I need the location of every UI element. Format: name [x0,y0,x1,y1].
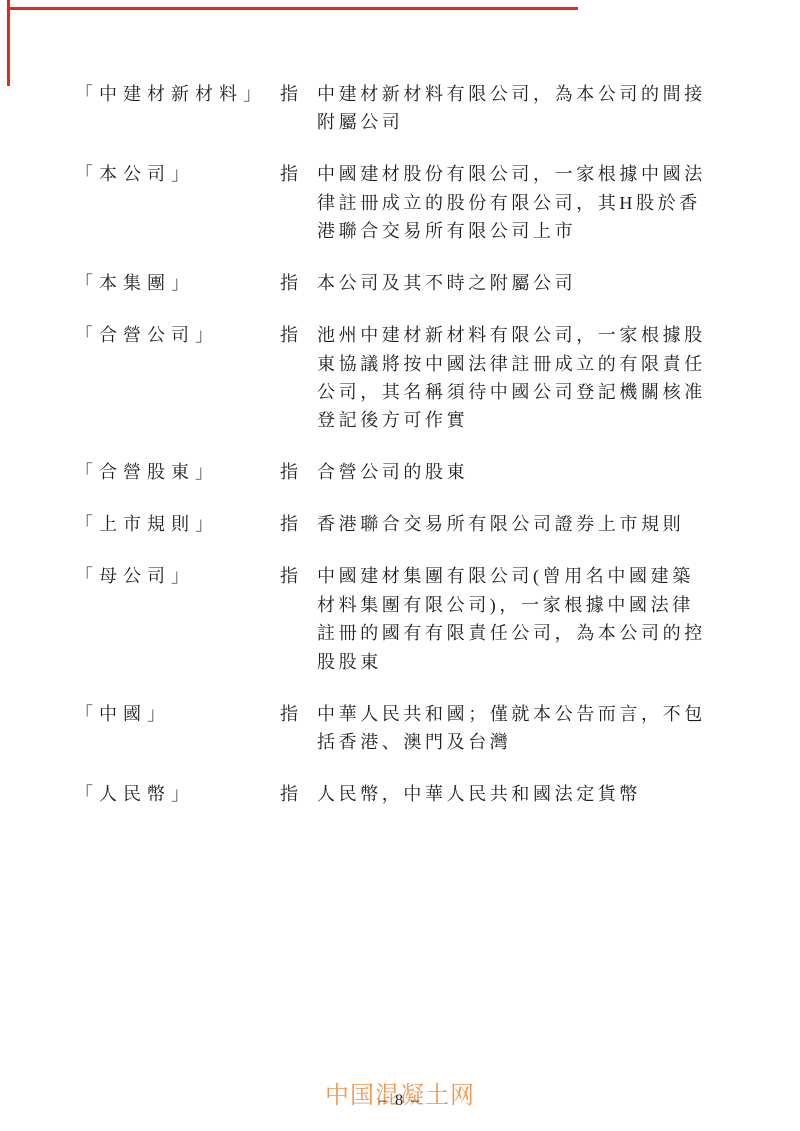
connector-label: 指 [280,269,298,297]
definition-line: 中建材新材料有限公司，為本公司的間接 [317,80,737,108]
definition-line: 合營公司的股東 [317,458,737,486]
definition-line: 材料集團有限公司)，一家根據中國法律 [317,591,737,619]
connector-label: 指 [280,458,298,486]
definition-text: 中華人民共和國；僅就本公告而言，不包 括香港、澳門及台灣 [317,700,737,757]
definition-text: 中國建材集團有限公司(曾用名中國建築 材料集團有限公司)，一家根據中國法律 註冊… [317,562,737,676]
definition-line: 港聯合交易所有限公司上市 [317,217,737,245]
definitions-section: 「中建材新材料」 指 中建材新材料有限公司，為本公司的間接 附屬公司 「本公司」… [0,80,800,832]
term-label: 「中國」 [75,700,171,728]
term-label: 「上市規則」 [75,510,219,538]
definition-line: 東協議將按中國法律註冊成立的有限責任 [317,350,737,378]
definition-text: 人民幣，中華人民共和國法定貨幣 [317,780,737,808]
red-border-horizontal-line [7,7,578,10]
definition-row: 「合營公司」 指 池州中建材新材料有限公司，一家根據股 東協議將按中國法律註冊成… [0,321,800,435]
term-label: 「人民幣」 [75,780,195,808]
definition-line: 中國建材集團有限公司(曾用名中國建築 [317,562,737,590]
term-label: 「合營股東」 [75,458,219,486]
definition-text: 合營公司的股東 [317,458,737,486]
definition-row: 「中建材新材料」 指 中建材新材料有限公司，為本公司的間接 附屬公司 [0,80,800,137]
page-number: – 8 – [0,1092,800,1110]
definition-line: 股股東 [317,648,737,676]
definition-text: 中國建材股份有限公司，一家根據中國法 律註冊成立的股份有限公司，其H股於香 港聯… [317,160,737,245]
definition-line: 人民幣，中華人民共和國法定貨幣 [317,780,737,808]
definition-row: 「本集團」 指 本公司及其不時之附屬公司 [0,269,800,297]
connector-label: 指 [280,700,298,728]
definition-text: 中建材新材料有限公司，為本公司的間接 附屬公司 [317,80,737,137]
definition-line: 公司，其名稱須待中國公司登記機關核准 [317,378,737,406]
term-label: 「母公司」 [75,562,195,590]
definition-line: 中華人民共和國；僅就本公告而言，不包 [317,700,737,728]
red-border-vertical-line [7,0,10,86]
definition-line: 本公司及其不時之附屬公司 [317,269,737,297]
definition-row: 「本公司」 指 中國建材股份有限公司，一家根據中國法 律註冊成立的股份有限公司，… [0,160,800,245]
definition-row: 「合營股東」 指 合營公司的股東 [0,458,800,486]
connector-label: 指 [280,321,298,349]
definition-row: 「上市規則」 指 香港聯合交易所有限公司證券上市規則 [0,510,800,538]
definition-line: 律註冊成立的股份有限公司，其H股於香 [317,189,737,217]
connector-label: 指 [280,562,298,590]
definition-row: 「人民幣」 指 人民幣，中華人民共和國法定貨幣 [0,780,800,808]
definition-text: 池州中建材新材料有限公司，一家根據股 東協議將按中國法律註冊成立的有限責任 公司… [317,321,737,435]
definition-text: 本公司及其不時之附屬公司 [317,269,737,297]
definition-line: 池州中建材新材料有限公司，一家根據股 [317,321,737,349]
term-label: 「本集團」 [75,269,195,297]
term-label: 「本公司」 [75,160,195,188]
definition-text: 香港聯合交易所有限公司證券上市規則 [317,510,737,538]
definition-line: 登記後方可作實 [317,406,737,434]
definition-row: 「中國」 指 中華人民共和國；僅就本公告而言，不包 括香港、澳門及台灣 [0,700,800,757]
definition-line: 香港聯合交易所有限公司證券上市規則 [317,510,737,538]
definition-line: 括香港、澳門及台灣 [317,728,737,756]
term-label: 「中建材新材料」 [75,80,267,108]
definition-line: 註冊的國有有限責任公司，為本公司的控 [317,619,737,647]
definition-row: 「母公司」 指 中國建材集團有限公司(曾用名中國建築 材料集團有限公司)，一家根… [0,562,800,676]
term-label: 「合營公司」 [75,321,219,349]
connector-label: 指 [280,780,298,808]
definition-line: 中國建材股份有限公司，一家根據中國法 [317,160,737,188]
definition-line: 附屬公司 [317,108,737,136]
connector-label: 指 [280,510,298,538]
connector-label: 指 [280,160,298,188]
connector-label: 指 [280,80,298,108]
